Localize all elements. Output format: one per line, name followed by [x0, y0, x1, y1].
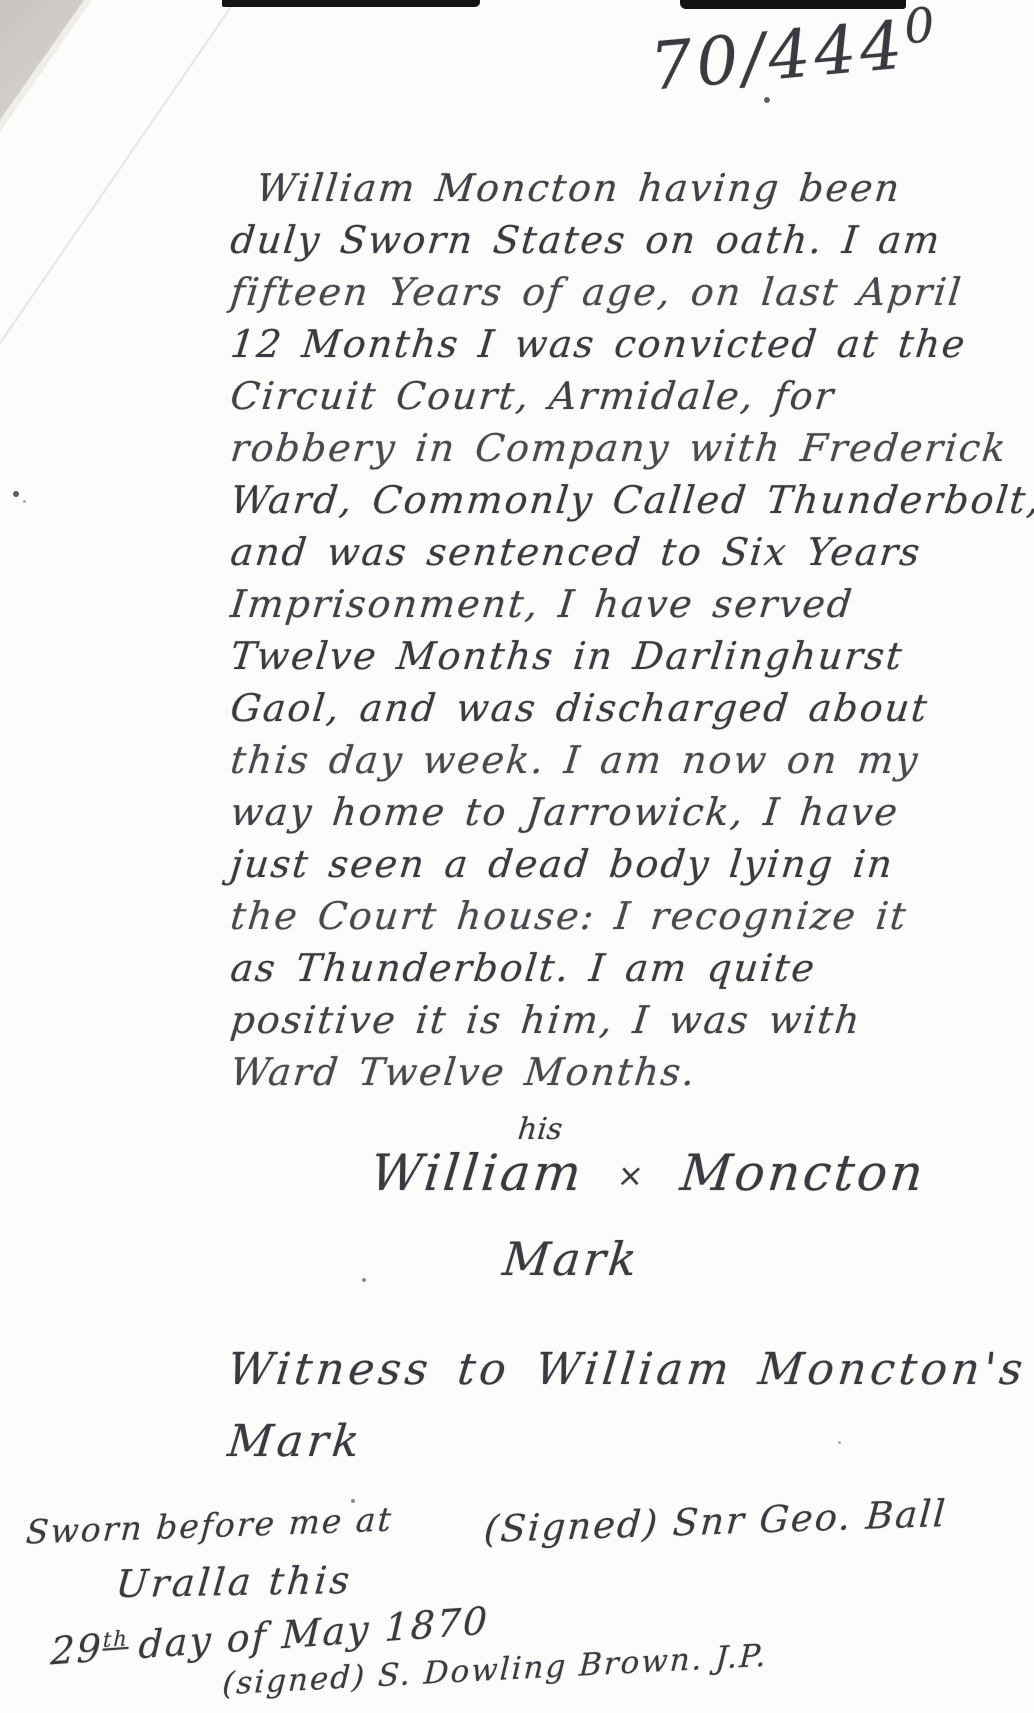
- sworn-location-line: Uralla this: [114, 1558, 354, 1606]
- signatory-last-name: Moncton: [678, 1144, 929, 1202]
- date-ordinal: th: [103, 1626, 130, 1652]
- reference-number-raised-digit: 0: [902, 0, 941, 55]
- sworn-before-line: Sworn before me at: [25, 1500, 395, 1552]
- statement-line: robbery in Company with Frederick: [228, 422, 973, 474]
- mark-label: Mark: [500, 1232, 642, 1286]
- statement-line: Ward, Commonly Called Thunderbolt,: [228, 474, 973, 526]
- witness-signature: (Signed) Snr Geo. Ball: [483, 1492, 949, 1551]
- statement-line: the Court house: I recognize it: [228, 890, 973, 942]
- statement-line: this day week. I am now on my: [228, 734, 973, 786]
- statement-line: just seen a dead body lying in: [228, 838, 973, 890]
- witness-mark-label: Mark: [225, 1416, 365, 1467]
- signature-cross-mark: ×: [616, 1158, 649, 1194]
- statement-line: Imprisonment, I have served: [228, 578, 973, 630]
- scanned-document-page: 70/4440 William Moncton having beenduly …: [0, 0, 1034, 1713]
- signature-line: William × Moncton: [368, 1144, 929, 1202]
- scan-edge-strip-right: [680, 0, 906, 9]
- statement-line: duly Sworn States on oath. I am: [228, 214, 973, 266]
- ink-speck: [838, 1441, 841, 1444]
- scan-edge-strip-left: [222, 0, 480, 7]
- statement-line: as Thunderbolt. I am quite: [228, 942, 973, 994]
- statement-line: Ward Twelve Months.: [228, 1046, 973, 1098]
- ink-dot: [764, 97, 770, 103]
- reference-number: 70/4440: [647, 3, 943, 105]
- witness-line: Witness to William Moncton's: [225, 1344, 1029, 1395]
- statement-line: way home to Jarrowick, I have: [228, 786, 973, 838]
- his-label: his: [516, 1112, 564, 1147]
- statement-line: Twelve Months in Darlinghurst: [228, 630, 973, 682]
- statement-line: William Moncton having been: [228, 162, 973, 214]
- statement-body: William Moncton having beenduly Sworn St…: [228, 162, 968, 1098]
- statement-line: Gaol, and was discharged about: [228, 682, 973, 734]
- statement-line: 12 Months I was convicted at the: [228, 318, 973, 370]
- ink-speck: [13, 491, 19, 497]
- statement-line: positive it is him, I was with: [228, 994, 973, 1046]
- reference-number-main: 70/444: [647, 6, 909, 105]
- signatory-first-name: William: [368, 1144, 587, 1202]
- statement-line: Circuit Court, Armidale, for: [228, 370, 973, 422]
- statement-line: fifteen Years of age, on last April: [228, 266, 973, 318]
- ink-speck: [362, 1278, 366, 1282]
- date-day: 29: [50, 1626, 104, 1674]
- ink-speck: [23, 500, 26, 503]
- statement-line: and was sentenced to Six Years: [228, 526, 973, 578]
